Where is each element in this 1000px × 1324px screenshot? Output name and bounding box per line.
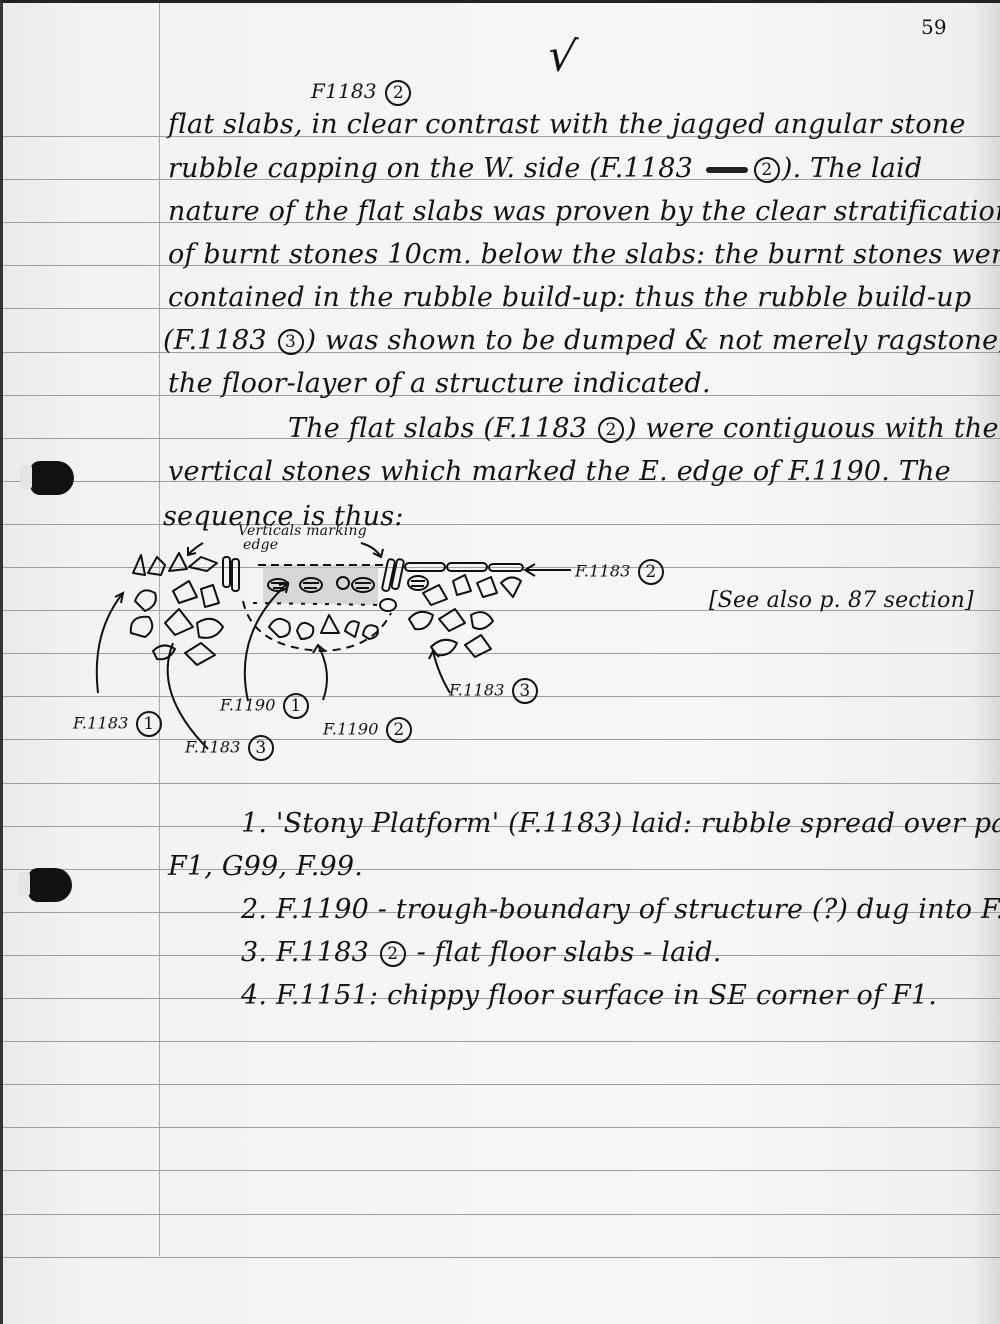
sequence-text: F.1190 - trough-boundary of structure (?…	[276, 894, 1000, 925]
notebook-page: 59 √ F1183 2 flat slabs, in clear contra…	[0, 0, 1000, 1324]
circled-number: 3	[278, 329, 304, 355]
body-line-1: flat slabs, in clear contrast with the j…	[168, 109, 966, 140]
circled-number: 2	[385, 80, 411, 106]
heading-feature-text: F1183	[311, 79, 377, 103]
sequence-text-tail: - flat floor slabs - laid.	[408, 937, 722, 968]
ruled-line	[3, 1170, 1000, 1171]
circled-number: 1	[136, 711, 162, 737]
sequence-text: F.1151: chippy floor surface in SE corne…	[276, 980, 937, 1011]
sequence-item-4: 4. F.1151: chippy floor surface in SE co…	[241, 980, 937, 1011]
body-line-2: rubble capping on the W. side (F.1183 2)…	[168, 153, 922, 184]
label-f1190-1: F.1190 1	[220, 693, 311, 719]
section-sketch: Verticals marking edge F.1183 2 F.1183 3…	[93, 523, 693, 763]
label-f1183-1: F.1183 1	[73, 711, 164, 737]
ruled-line	[3, 1084, 1000, 1085]
body-line-8-tail: ) were contiguous with the	[626, 413, 999, 444]
circled-number: 3	[512, 678, 538, 704]
label-text: F.1183	[73, 714, 129, 733]
sequence-item-1-cont: F1, G99, F.99.	[168, 851, 363, 882]
ruled-line	[3, 1041, 1000, 1042]
body-line-9: vertical stones which marked the E. edge…	[168, 456, 951, 487]
punch-hole-icon	[30, 461, 74, 495]
circled-number: 2	[380, 941, 406, 967]
sequence-number: 3.	[241, 937, 267, 968]
circled-number: 2	[598, 417, 624, 443]
sequence-text: 'Stony Platform' (F.1183) laid: rubble s…	[276, 808, 1000, 839]
sequence-number: 1.	[241, 808, 267, 839]
label-text: F.1183	[185, 738, 241, 757]
label-f1183-3: F.1183 3	[449, 678, 540, 704]
body-line-3: nature of the flat slabs was proven by t…	[168, 196, 1000, 227]
label-text: F.1190	[323, 720, 379, 739]
label-text: F.1190	[220, 696, 276, 715]
ruled-line	[3, 1214, 1000, 1215]
body-line-2-text: rubble capping on the W. side (F.1183	[168, 153, 702, 184]
ruled-line	[3, 869, 1000, 870]
sequence-item-1: 1. 'Stony Platform' (F.1183) laid: rubbl…	[241, 808, 1000, 839]
ruled-line	[3, 1257, 1000, 1258]
label-f1183-3b: F.1183 3	[185, 735, 276, 761]
sequence-item-2: 2. F.1190 - trough-boundary of structure…	[241, 894, 1000, 925]
punch-hole-icon	[28, 868, 72, 902]
circled-number: 3	[248, 735, 274, 761]
sequence-number: 2.	[241, 894, 267, 925]
body-line-8-text: The flat slabs (F.1183	[288, 413, 596, 444]
label-text: F.1183	[575, 562, 631, 581]
body-line-2-tail: ). The laid	[782, 153, 923, 184]
circled-number: 2	[386, 717, 412, 743]
body-line-7: the floor-layer of a structure indicated…	[168, 368, 711, 399]
ruled-line	[3, 783, 1000, 784]
checkmark-icon: √	[545, 29, 580, 83]
body-line-6-text: (F.1183	[163, 325, 276, 356]
circled-number: 2	[638, 559, 664, 585]
sequence-item-3: 3. F.1183 2 - flat floor slabs - laid.	[241, 937, 722, 968]
circled-number: 2	[754, 157, 780, 183]
heading-feature: F1183 2	[311, 79, 413, 106]
circled-number: 1	[283, 693, 309, 719]
sequence-number: 4.	[241, 980, 267, 1011]
body-line-8: The flat slabs (F.1183 2) were contiguou…	[288, 413, 999, 444]
body-line-5: contained in the rubble build-up: thus t…	[168, 282, 971, 313]
body-line-4: of burnt stones 10cm. below the slabs: t…	[168, 239, 1000, 270]
label-f1190-2: F.1190 2	[323, 717, 414, 743]
see-also-note: [See also p. 87 section]	[709, 588, 974, 613]
label-f1183-2: F.1183 2	[575, 559, 666, 585]
body-line-6: (F.1183 3) was shown to be dumped & not …	[163, 325, 1000, 356]
body-line-6-tail: ) was shown to be dumped & not merely ra…	[306, 325, 1000, 356]
label-text: F.1183	[449, 681, 505, 700]
ruled-line	[3, 1127, 1000, 1128]
label-edge: edge	[243, 537, 278, 553]
scribble-mark	[706, 167, 748, 173]
sequence-text: F.1183	[276, 937, 378, 968]
page-number: 59	[921, 15, 947, 39]
